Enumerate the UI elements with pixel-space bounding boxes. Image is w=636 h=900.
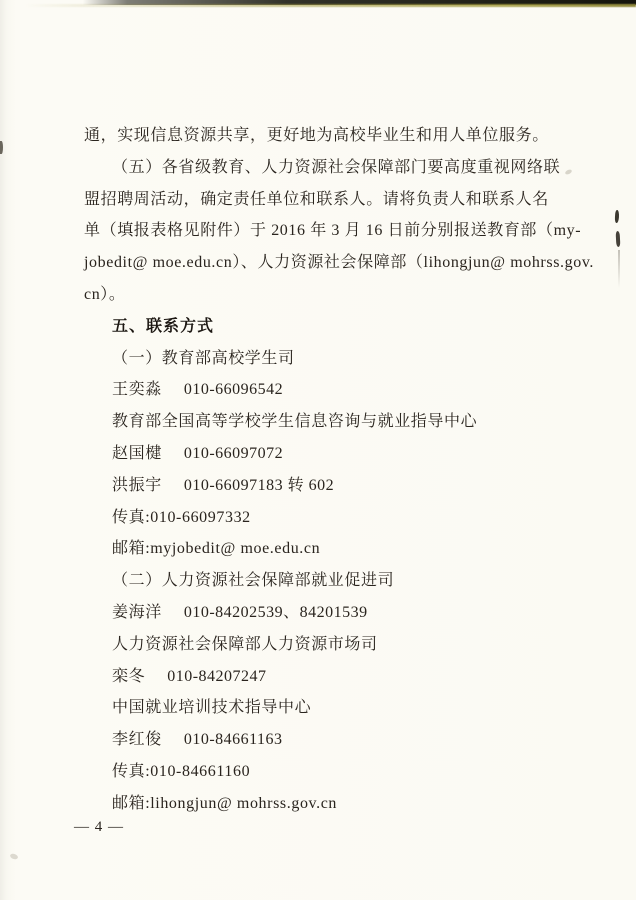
scan-artifact-smudge <box>9 853 18 860</box>
paragraph-item5-line: 单（填报表格见附件）于 2016 年 3 月 16 日前分别报送教育部（my- <box>84 215 548 247</box>
scan-artifact-right-mark <box>615 210 620 223</box>
contact-phone: 010-66096542 <box>184 381 283 398</box>
contact-phone: 010-84202539、84201539 <box>184 604 368 621</box>
paragraph-item5-line: cn）。 <box>84 279 548 311</box>
contact-name: 李红俊 <box>112 731 162 748</box>
scan-artifact-smudge <box>564 169 572 176</box>
scanned-document-page: 通，实现信息资源共享，更好地为高校毕业生和用人单位服务。 （五）各省级教育、人力… <box>0 0 636 900</box>
contact-row: 李红俊010-84661163 <box>84 724 548 756</box>
paragraph-item5-line: 盟招聘周活动，确定责任单位和联系人。请将负责人和联系人名 <box>84 184 548 216</box>
contact-name: 姜海洋 <box>112 604 162 621</box>
contact-fax: 传真:010-66097332 <box>84 502 548 534</box>
contact-fax: 传真:010-84661160 <box>84 756 548 788</box>
contact-phone: 010-84661163 <box>184 731 283 748</box>
contact-name: 王奕淼 <box>112 381 162 398</box>
contact-email: 邮箱:lihongjun@ mohrss.gov.cn <box>84 788 548 820</box>
contact-phone: 010-66097072 <box>184 445 283 462</box>
contact-row: 赵国楗010-66097072 <box>84 438 548 470</box>
contact-phone: 010-66097183 转 602 <box>184 477 334 494</box>
contact-row: 洪振宇010-66097183 转 602 <box>84 470 548 502</box>
contact-row: 姜海洋010-84202539、84201539 <box>84 597 548 629</box>
contact-name: 栾冬 <box>112 668 145 685</box>
scan-artifact-top-edge-olive <box>0 4 636 7</box>
contact-row: 王奕淼010-66096542 <box>84 374 548 406</box>
document-body: 通，实现信息资源共享，更好地为高校毕业生和用人单位服务。 （五）各省级教育、人力… <box>84 120 548 820</box>
paragraph-tail-line: 通，实现信息资源共享，更好地为高校毕业生和用人单位服务。 <box>84 120 548 152</box>
section-heading: 五、联系方式 <box>84 311 548 343</box>
contact-name: 洪振宇 <box>112 477 162 494</box>
contact-org: 人力资源社会保障部人力资源市场司 <box>84 629 548 661</box>
contact-org: 中国就业培训技术指导中心 <box>84 692 548 724</box>
contact-row: 栾冬010-84207247 <box>84 661 548 693</box>
contact-group2-title: （二）人力资源社会保障部就业促进司 <box>84 565 548 597</box>
scan-artifact-right-faint-line <box>618 250 620 288</box>
contact-phone: 010-84207247 <box>167 668 266 685</box>
contact-email: 邮箱:myjobedit@ moe.edu.cn <box>84 533 548 565</box>
scan-artifact-left-edge-tick <box>0 141 3 154</box>
contact-name: 赵国楗 <box>112 445 162 462</box>
contact-org: 教育部全国高等学校学生信息咨询与就业指导中心 <box>84 406 548 438</box>
scan-artifact-right-mark <box>616 231 621 247</box>
paragraph-item5-line: jobedit@ moe.edu.cn）、人力资源社会保障部（lihongjun… <box>84 247 548 279</box>
page-number: — 4 — <box>74 818 124 836</box>
paragraph-item5-line: （五）各省级教育、人力资源社会保障部门要高度重视网络联 <box>84 152 548 184</box>
contact-group1-title: （一）教育部高校学生司 <box>84 343 548 375</box>
